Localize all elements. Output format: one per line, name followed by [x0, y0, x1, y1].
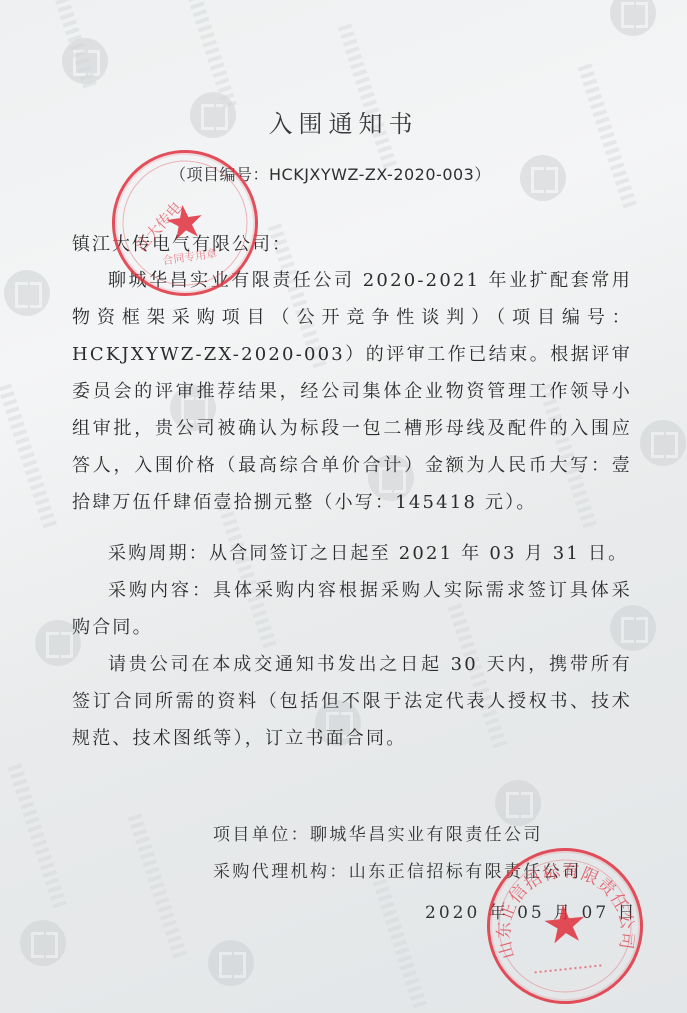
star-icon: ★ [161, 196, 208, 247]
agency-stamp: 山东正信招标有限责任公司 ★ [479, 840, 650, 1011]
paragraph-main: 聊城华昌实业有限责任公司 2020-2021 年业扩配套常用物资框架采购项目（公… [72, 262, 632, 521]
document-title: 入围通知书 [0, 104, 687, 139]
recipient-company-stamp: 江大传电 合同专用章 ★ [103, 141, 268, 306]
signature-project-unit: 项目单位：聊城华昌实业有限责任公司 [213, 820, 543, 845]
paragraph-contract-instructions: 请贵公司在本成交通知书发出之日起 30 天内，携带所有签订合同所需的资料（包括但… [72, 646, 632, 757]
paragraph-procurement-period: 采购周期：从合同签订之日起至 2021 年 03 月 31 日。 [72, 535, 632, 572]
document-page: 入围通知书 （项目编号：HCKJXYWZ-ZX-2020-003） 镇江大传电气… [0, 0, 687, 1013]
star-icon: ★ [539, 897, 591, 954]
paragraph-procurement-content: 采购内容：具体采购内容根据采购人实际需求签订具体采购合同。 [72, 572, 632, 646]
